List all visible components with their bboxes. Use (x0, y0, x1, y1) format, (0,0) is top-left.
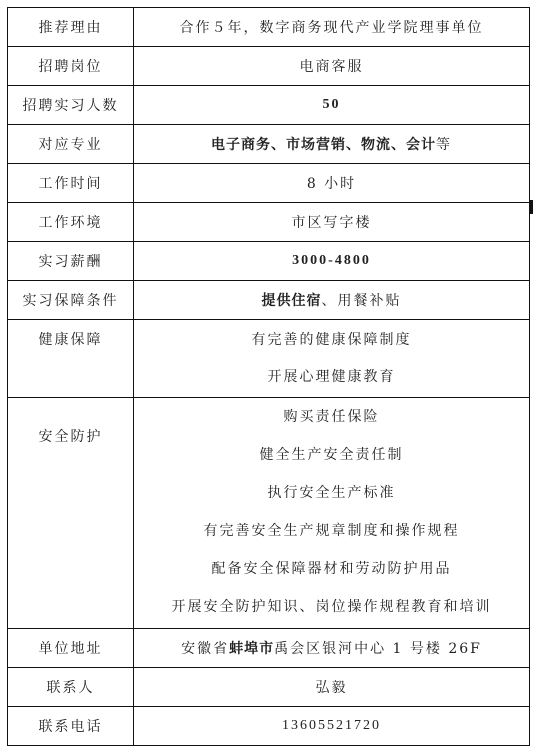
margin-marker (530, 200, 533, 214)
address-suffix: 禹会区银河中心 1 号楼 26F (274, 641, 482, 657)
majors-list: 电子商务、市场营销、物流、会计 (211, 137, 436, 153)
label-position: 招聘岗位 (8, 47, 134, 86)
safety-line: 执行安全生产标准 (134, 474, 529, 512)
value-work-hours: 8 小时 (134, 164, 530, 203)
value-health: 有完善的健康保障制度 开展心理健康教育 (134, 320, 530, 398)
value-safety: 购买责任保险 健全生产安全责任制 执行安全生产标准 有完善安全生产规章制度和操作… (134, 398, 530, 629)
internship-info-table: 推荐理由 合作５年，数字商务现代产业学院理事单位 招聘岗位 电商客服 招聘实习人… (7, 7, 530, 746)
label-safety: 安全防护 (8, 398, 134, 629)
safety-line: 健全生产安全责任制 (134, 436, 529, 474)
row-majors: 对应专业 电子商务、市场营销、物流、会计等 (8, 125, 530, 164)
value-work-environment: 市区写字楼 (134, 203, 530, 242)
row-recommend-reason: 推荐理由 合作５年，数字商务现代产业学院理事单位 (8, 8, 530, 47)
label-majors: 对应专业 (8, 125, 134, 164)
support-suffix: 、用餐补贴 (322, 293, 402, 309)
value-contact-person: 弘毅 (134, 668, 530, 707)
safety-line: 有完善安全生产规章制度和操作规程 (134, 512, 529, 550)
safety-line: 开展安全防护知识、岗位操作规程教育和培训 (134, 588, 529, 628)
row-position: 招聘岗位 电商客服 (8, 47, 530, 86)
safety-line: 购买责任保险 (134, 398, 529, 436)
value-contact-phone: 13605521720 (134, 707, 530, 746)
value-support-conditions: 提供住宿、用餐补贴 (134, 281, 530, 320)
row-work-hours: 工作时间 8 小时 (8, 164, 530, 203)
row-support-conditions: 实习保障条件 提供住宿、用餐补贴 (8, 281, 530, 320)
label-recommend-reason: 推荐理由 (8, 8, 134, 47)
label-contact-phone: 联系电话 (8, 707, 134, 746)
label-health: 健康保障 (8, 320, 134, 398)
label-work-environment: 工作环境 (8, 203, 134, 242)
label-contact-person: 联系人 (8, 668, 134, 707)
row-contact-phone: 联系电话 13605521720 (8, 707, 530, 746)
address-city: 蚌埠市 (229, 641, 274, 657)
value-position: 电商客服 (134, 47, 530, 86)
row-work-environment: 工作环境 市区写字楼 (8, 203, 530, 242)
label-headcount: 招聘实习人数 (8, 86, 134, 125)
address-prefix: 安徽省 (181, 641, 229, 657)
row-contact-person: 联系人 弘毅 (8, 668, 530, 707)
label-address: 单位地址 (8, 629, 134, 668)
row-health: 健康保障 有完善的健康保障制度 开展心理健康教育 (8, 320, 530, 398)
health-line: 有完善的健康保障制度 (134, 322, 529, 358)
row-safety: 安全防护 购买责任保险 健全生产安全责任制 执行安全生产标准 有完善安全生产规章… (8, 398, 530, 629)
value-majors: 电子商务、市场营销、物流、会计等 (134, 125, 530, 164)
row-headcount: 招聘实习人数 50 (8, 86, 530, 125)
label-salary: 实习薪酬 (8, 242, 134, 281)
health-line: 开展心理健康教育 (134, 358, 529, 396)
row-address: 单位地址 安徽省蚌埠市禹会区银河中心 1 号楼 26F (8, 629, 530, 668)
support-bold: 提供住宿 (262, 293, 322, 309)
value-address: 安徽省蚌埠市禹会区银河中心 1 号楼 26F (134, 629, 530, 668)
row-salary: 实习薪酬 3000-4800 (8, 242, 530, 281)
value-salary: 3000-4800 (134, 242, 530, 281)
value-recommend-reason: 合作５年，数字商务现代产业学院理事单位 (134, 8, 530, 47)
label-work-hours: 工作时间 (8, 164, 134, 203)
majors-suffix: 等 (436, 137, 452, 153)
label-support-conditions: 实习保障条件 (8, 281, 134, 320)
safety-line: 配备安全保障器材和劳动防护用品 (134, 550, 529, 588)
value-headcount: 50 (134, 86, 530, 125)
